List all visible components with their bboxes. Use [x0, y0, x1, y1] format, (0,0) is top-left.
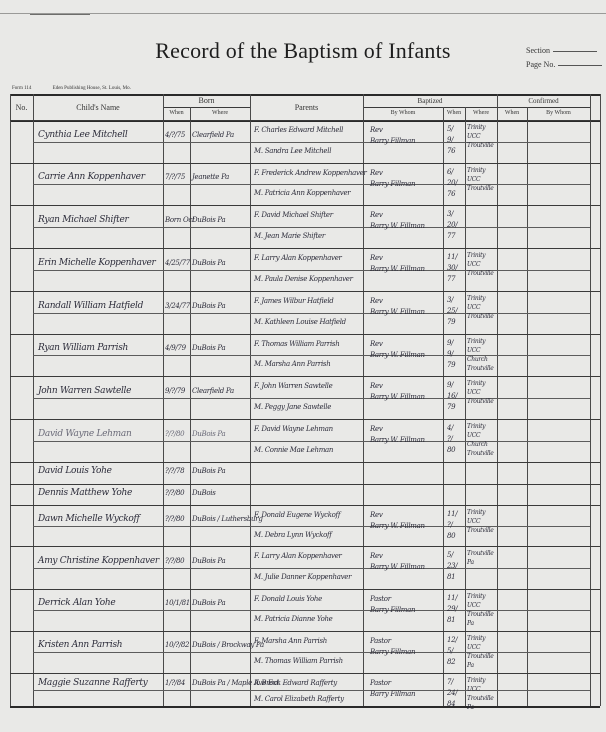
baptized-where: UCC: [467, 602, 480, 609]
baptized-when: 77: [447, 232, 455, 240]
father-name: F. Marsha Ann Parrish: [254, 637, 327, 645]
baptized-when: 80: [447, 446, 455, 454]
column-rule: [33, 94, 34, 706]
row-rule: [10, 484, 600, 485]
baptized-when: 5/: [447, 125, 453, 133]
row-rule: [10, 163, 600, 164]
row-mid-rule: [33, 398, 590, 399]
header-baptized: Baptized: [363, 97, 497, 105]
header-baptized-by-whom: By Whom: [363, 110, 443, 116]
baptized-where: Troutville: [467, 185, 493, 192]
baptized-when: 81: [447, 573, 455, 581]
born-when: 4/?/75: [165, 131, 185, 139]
top-edge-line-dark: [30, 14, 90, 15]
baptized-when: 25/: [447, 307, 457, 315]
baptized-where: Troutville: [467, 313, 493, 320]
born-where: DuBois / Luthersburg: [192, 515, 263, 523]
baptized-confirmed-subheader-rule: [363, 107, 590, 108]
baptized-by-whom: Pastor: [370, 595, 391, 603]
baptized-where: UCC: [467, 644, 480, 651]
born-where: DuBois Pa: [192, 216, 225, 224]
baptized-when: 76: [447, 147, 455, 155]
child-name: Ryan William Parrish: [38, 343, 128, 353]
baptized-by-whom: Barry W. Fillman: [370, 308, 425, 316]
born-when: ?/?/78: [165, 467, 184, 475]
born-when: Born Oct: [165, 216, 195, 224]
baptized-when: 81: [447, 616, 455, 624]
baptized-when: 20/: [447, 221, 457, 229]
row-mid-rule: [33, 652, 590, 653]
page-title: Record of the Baptism of Infants: [0, 38, 606, 64]
row-mid-rule: [33, 568, 590, 569]
born-where: DuBois Pa: [192, 344, 225, 352]
column-rule: [443, 107, 444, 706]
baptized-where: Troutville: [467, 695, 493, 702]
father-name: F. James Wilbur Hatfield: [254, 297, 334, 305]
baptized-when: ?/: [447, 521, 453, 529]
baptized-where: Trinity: [467, 295, 485, 302]
header-born: Born: [163, 96, 250, 105]
mother-name: M. Connie Mae Lehman: [254, 446, 333, 454]
baptized-when: 24/: [447, 689, 457, 697]
baptized-when: 76: [447, 190, 455, 198]
baptized-where: UCC: [467, 304, 480, 311]
baptized-by-whom: Barry Fillman: [370, 137, 415, 145]
baptized-by-whom: Pastor: [370, 679, 391, 687]
child-name: Randall William Hatfield: [38, 301, 143, 311]
child-name: John Warren Sawtelle: [38, 386, 131, 396]
baptized-where: Troutville: [467, 653, 493, 660]
baptized-when: 16/: [447, 392, 457, 400]
baptized-by-whom: Pastor: [370, 637, 391, 645]
baptized-where: UCC: [467, 176, 480, 183]
mother-name: M. Jean Marie Shifter: [254, 232, 325, 240]
baptized-by-whom: Rev: [370, 511, 382, 519]
baptized-where: Troutville: [467, 142, 493, 149]
column-rule: [363, 94, 364, 706]
baptized-where: Church: [467, 441, 488, 448]
baptized-by-whom: Rev: [370, 297, 382, 305]
born-where: DuBois Pa: [192, 430, 225, 438]
father-name: F. Thomas William Parrish: [254, 340, 339, 348]
mother-name: M. Carol Elizabeth Rafferty: [254, 695, 344, 703]
child-name: Amy Christine Koppenhaver: [38, 556, 159, 566]
baptized-by-whom: Barry W. Fillman: [370, 222, 425, 230]
baptized-when: 5/: [447, 647, 453, 655]
born-where: Clearfield Pa: [192, 131, 234, 139]
baptized-where: Trinity: [467, 509, 485, 516]
baptized-by-whom: Rev: [370, 552, 382, 560]
born-when: ?/?/80: [165, 557, 184, 565]
born-when: ?/?/80: [165, 515, 184, 523]
header-top-rule: [10, 94, 600, 96]
father-name: F. Larry Alan Koppenhaver: [254, 254, 342, 262]
baptized-when: 29/: [447, 605, 457, 613]
mother-name: M. Sandra Lee Mitchell: [254, 147, 331, 155]
row-rule: [10, 462, 600, 463]
father-name: F. David Wayne Lehman: [254, 425, 333, 433]
header-parents: Parents: [250, 103, 363, 112]
father-name: F. David Michael Shifter: [254, 211, 333, 219]
baptized-by-whom: Barry Fillman: [370, 180, 415, 188]
mother-name: M. Patricia Ann Koppenhaver: [254, 189, 350, 197]
baptized-when: 3/: [447, 210, 453, 218]
father-name: F. Larry Alan Koppenhaver: [254, 552, 342, 560]
born-where: Clearfield Pa: [192, 387, 234, 395]
born-when: ?/?/80: [165, 489, 184, 497]
column-rule: [250, 94, 251, 706]
column-rule: [590, 94, 591, 706]
top-edge-line: [0, 13, 606, 14]
baptized-where: Trinity: [467, 423, 485, 430]
row-mid-rule: [33, 610, 590, 611]
baptized-where: Troutville: [467, 365, 493, 372]
baptized-where: Troutville: [467, 611, 493, 618]
baptized-when: 9/: [447, 136, 453, 144]
baptized-where: Pa: [467, 704, 474, 711]
born-subheader-rule: [163, 107, 250, 108]
row-rule: [10, 631, 600, 632]
baptized-by-whom: Barry W. Fillman: [370, 436, 425, 444]
mother-name: M. Julie Danner Koppenhaver: [254, 573, 351, 581]
child-name: Derrick Alan Yohe: [38, 598, 115, 608]
baptized-where: Trinity: [467, 593, 485, 600]
baptized-when: 9/: [447, 381, 453, 389]
baptized-by-whom: Rev: [370, 169, 382, 177]
child-name: Dennis Matthew Yohe: [38, 488, 132, 498]
table-bottom-rule: [10, 706, 600, 708]
baptized-where: Church: [467, 356, 488, 363]
born-when: 4/25/77: [165, 259, 190, 267]
header-baptized-where: Where: [465, 110, 497, 116]
baptized-when: 79: [447, 403, 455, 411]
publisher-line: Eden Publishing House, St. Louis, Mo.: [53, 86, 131, 91]
child-name: Maggie Suzanne Rafferty: [38, 678, 147, 688]
row-rule: [10, 248, 600, 249]
baptized-where: Troutville: [467, 398, 493, 405]
column-rule: [497, 94, 498, 706]
row-mid-rule: [33, 441, 590, 442]
header-confirmed-by-whom: By Whom: [527, 110, 590, 116]
baptized-by-whom: Rev: [370, 382, 382, 390]
baptized-where: Troutville: [467, 550, 493, 557]
baptized-by-whom: Barry W. Fillman: [370, 351, 425, 359]
baptized-when: 11/: [447, 510, 457, 518]
row-mid-rule: [33, 142, 590, 143]
baptized-when: 9/: [447, 339, 453, 347]
father-name: F. John Warren Sawtelle: [254, 382, 332, 390]
baptized-by-whom: Barry Fillman: [370, 648, 415, 656]
page-number-label: Page No.: [526, 60, 555, 69]
baptized-when: 12/: [447, 636, 457, 644]
baptized-by-whom: Barry W. Fillman: [370, 563, 425, 571]
child-name: Carrie Ann Koppenhaver: [38, 172, 145, 182]
baptized-by-whom: Rev: [370, 126, 382, 134]
baptized-where: Pa: [467, 662, 474, 669]
page-number-field: Page No.: [526, 60, 602, 69]
section-blank-line: [553, 51, 597, 52]
mother-name: M. Patricia Dianne Yohe: [254, 615, 333, 623]
born-when: 9/?/79: [165, 387, 185, 395]
baptized-where: Trinity: [467, 635, 485, 642]
father-name: F. Brock Edward Rafferty: [254, 679, 337, 687]
column-rule: [163, 94, 164, 706]
child-name: Erin Michelle Koppenhaver: [38, 258, 156, 268]
child-name: Cynthia Lee Mitchell: [38, 130, 127, 140]
mother-name: M. Paula Denise Koppenhaver: [254, 275, 353, 283]
mother-name: M. Peggy Jane Sawtelle: [254, 403, 331, 411]
baptized-when: 82: [447, 658, 455, 666]
row-rule: [10, 589, 600, 590]
born-where: DuBois Pa: [192, 557, 225, 565]
baptized-when: 79: [447, 318, 455, 326]
mother-name: M. Marsha Ann Parrish: [254, 360, 330, 368]
row-rule: [10, 291, 600, 292]
child-name: David Wayne Lehman: [38, 429, 131, 439]
baptized-when: 4/: [447, 424, 453, 432]
born-when: 1/?/84: [165, 679, 185, 687]
header-child-name: Child's Name: [33, 103, 163, 112]
row-rule: [10, 376, 600, 377]
baptized-by-whom: Barry W. Fillman: [370, 265, 425, 273]
born-where: DuBois Pa: [192, 467, 225, 475]
baptized-when: 5/: [447, 551, 453, 559]
baptized-by-whom: Rev: [370, 340, 382, 348]
baptized-when: 3/: [447, 296, 453, 304]
header-born-where: Where: [190, 110, 250, 116]
baptized-where: UCC: [467, 389, 480, 396]
baptized-by-whom: Rev: [370, 425, 382, 433]
section-field: Section: [526, 46, 597, 55]
mother-name: M. Debra Lynn Wyckoff: [254, 531, 332, 539]
row-rule: [10, 120, 600, 121]
baptized-when: 30/: [447, 264, 457, 272]
header-confirmed: Confirmed: [497, 97, 590, 105]
header-born-when: When: [163, 110, 190, 116]
baptized-where: Trinity: [467, 338, 485, 345]
baptized-where: UCC: [467, 686, 480, 693]
row-rule: [10, 334, 600, 335]
row-mid-rule: [33, 227, 590, 228]
baptized-where: Trinity: [467, 380, 485, 387]
baptized-when: 80: [447, 532, 455, 540]
form-number: Form 114: [12, 86, 31, 91]
child-name: Dawn Michelle Wyckoff: [38, 514, 140, 524]
column-rule: [465, 107, 466, 706]
baptized-when: 11/: [447, 594, 457, 602]
column-rule: [10, 94, 11, 706]
row-rule: [10, 205, 600, 206]
baptized-where: Trinity: [467, 677, 485, 684]
baptized-where: Trinity: [467, 252, 485, 259]
row-mid-rule: [33, 690, 590, 691]
baptized-when: 9/: [447, 350, 453, 358]
header-baptized-when: When: [443, 110, 465, 116]
born-where: Jeanette Pa: [192, 173, 229, 181]
baptism-register-table: No. Child's Name Born When Where Parents…: [10, 94, 600, 706]
born-when: 4/9/79: [165, 344, 186, 352]
born-when: ?/?/80: [165, 430, 184, 438]
row-mid-rule: [33, 313, 590, 314]
column-rule: [190, 107, 191, 706]
row-mid-rule: [33, 184, 590, 185]
baptized-when: 23/: [447, 562, 457, 570]
row-mid-rule: [33, 270, 590, 271]
row-rule: [10, 546, 600, 547]
baptized-by-whom: Barry Fillman: [370, 690, 415, 698]
baptized-when: 84: [447, 700, 455, 708]
header-no: No.: [10, 103, 33, 112]
baptized-by-whom: Barry W. Fillman: [370, 393, 425, 401]
baptized-where: Pa: [467, 559, 474, 566]
baptized-when: ?/: [447, 435, 453, 443]
baptized-where: UCC: [467, 347, 480, 354]
born-when: 3/24/77: [165, 302, 190, 310]
baptized-when: 7/: [447, 678, 453, 686]
section-label: Section: [526, 46, 550, 55]
page-number-blank-line: [558, 65, 602, 66]
header-confirmed-when: When: [497, 110, 527, 116]
born-when: 10/1/81: [165, 599, 190, 607]
father-name: F. Charles Edward Mitchell: [254, 126, 343, 134]
form-info: Form 114 Eden Publishing House, St. Loui…: [12, 86, 151, 91]
row-rule: [10, 673, 600, 674]
baptized-when: 77: [447, 275, 455, 283]
born-when: 10/?/82: [165, 641, 189, 649]
baptized-where: UCC: [467, 261, 480, 268]
mother-name: M. Kathleen Louise Hatfield: [254, 318, 346, 326]
baptized-where: Trinity: [467, 167, 485, 174]
child-name: David Louis Yohe: [38, 466, 112, 476]
baptized-by-whom: Barry W. Fillman: [370, 522, 425, 530]
father-name: F. Frederick Andrew Koppenhaver: [254, 169, 367, 177]
baptized-where: Troutville: [467, 270, 493, 277]
baptized-where: Trinity: [467, 124, 485, 131]
born-where: DuBois Pa: [192, 302, 225, 310]
baptized-by-whom: Rev: [370, 254, 382, 262]
born-when: 7/?/75: [165, 173, 185, 181]
child-name: Kristen Ann Parrish: [38, 640, 122, 650]
baptized-where: Troutville: [467, 450, 493, 457]
baptized-when: 20/: [447, 179, 457, 187]
baptized-by-whom: Rev: [370, 211, 382, 219]
baptized-where: UCC: [467, 432, 480, 439]
father-name: F. Donald Eugene Wyckoff: [254, 511, 340, 519]
born-where: DuBois: [192, 489, 216, 497]
child-name: Ryan Michael Shifter: [38, 215, 129, 225]
column-rule: [600, 94, 601, 706]
baptized-where: Pa: [467, 620, 474, 627]
row-rule: [10, 505, 600, 506]
row-rule: [10, 419, 600, 420]
baptized-where: UCC: [467, 518, 480, 525]
baptized-where: Troutville: [467, 527, 493, 534]
row-mid-rule: [33, 526, 590, 527]
baptized-by-whom: Barry Fillman: [370, 606, 415, 614]
baptized-when: 6/: [447, 168, 453, 176]
born-where: DuBois Pa: [192, 599, 225, 607]
column-rule: [527, 107, 528, 706]
mother-name: M. Thomas William Parrish: [254, 657, 343, 665]
baptized-when: 79: [447, 361, 455, 369]
father-name: F. Donald Louis Yohe: [254, 595, 322, 603]
row-mid-rule: [33, 355, 590, 356]
baptized-where: UCC: [467, 133, 480, 140]
born-where: DuBois Pa: [192, 259, 225, 267]
baptized-when: 11/: [447, 253, 457, 261]
